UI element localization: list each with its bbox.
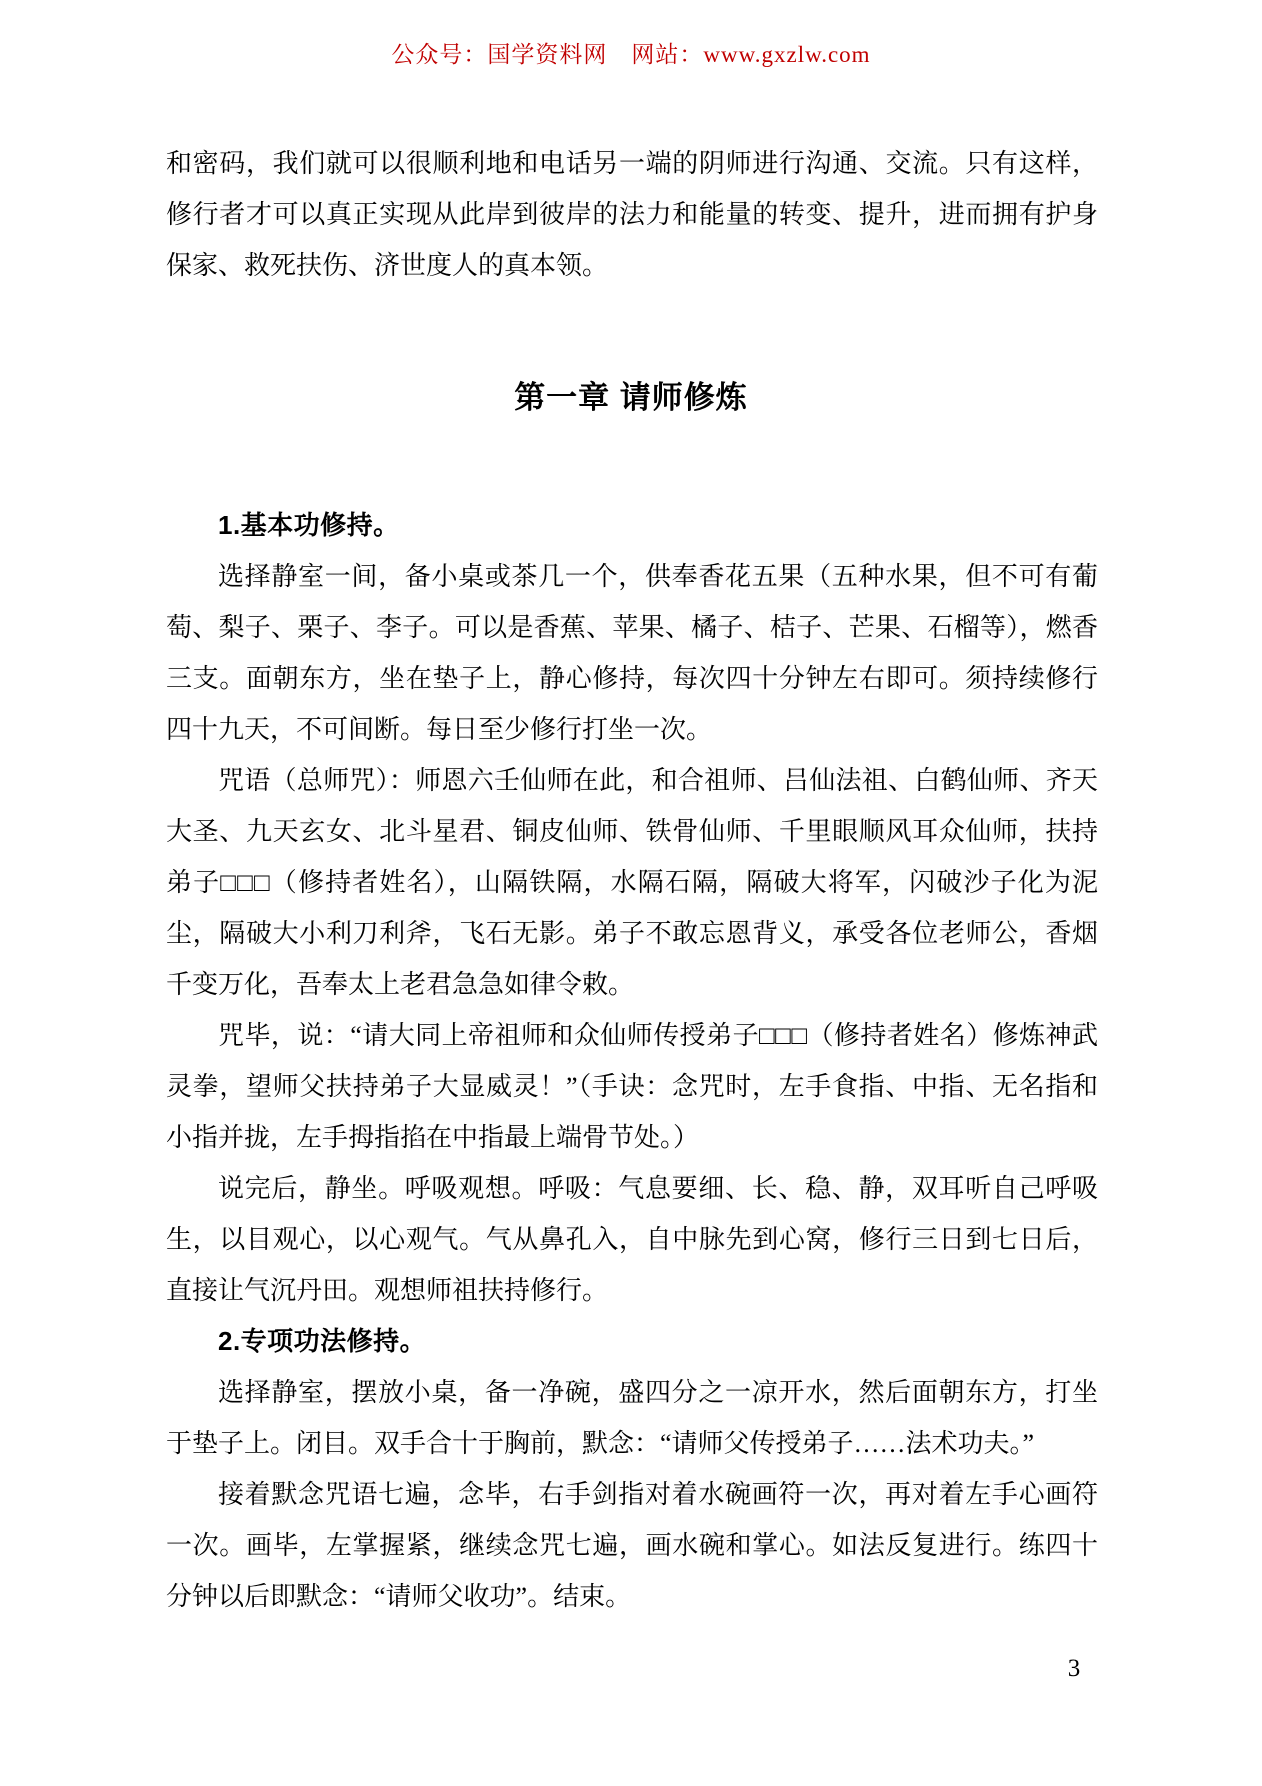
- section-1-paragraph-2: 咒语（总师咒）：师恩六壬仙师在此，和合祖师、吕仙法祖、白鹤仙师、齐天大圣、九天玄…: [166, 755, 1098, 1010]
- section-2-paragraph-1: 选择静室，摆放小桌，备一净碗，盛四分之一凉开水，然后面朝东方，打坐于垫子上。闭目…: [166, 1367, 1098, 1469]
- section-2-paragraph-2: 接着默念咒语七遍，念毕，右手剑指对着水碗画符一次，再对着左手心画符一次。画毕，左…: [166, 1469, 1098, 1622]
- chapter-body: 1.基本功修持。 选择静室一间，备小桌或茶几一个，供奉香花五果（五种水果，但不可…: [166, 500, 1098, 1622]
- page-number: 3: [1050, 1655, 1098, 1683]
- intro-paragraph: 和密码，我们就可以很顺利地和电话另一端的阴师进行沟通、交流。只有这样，修行者才可…: [166, 138, 1098, 291]
- chapter-title: 第一章 请师修炼: [0, 372, 1262, 417]
- page-header-watermark: 公众号：国学资料网 网站：www.gxzlw.com: [0, 36, 1262, 69]
- section-1-paragraph-4: 说完后，静坐。呼吸观想。呼吸：气息要细、长、稳、静，双耳听自己呼吸生，以目观心，…: [166, 1163, 1098, 1316]
- section-1-heading: 1.基本功修持。: [166, 500, 1098, 551]
- section-1-paragraph-3: 咒毕，说：“请大同上帝祖师和众仙师传授弟子□□□（修持者姓名）修炼神武灵拳，望师…: [166, 1010, 1098, 1163]
- section-1-paragraph-1: 选择静室一间，备小桌或茶几一个，供奉香花五果（五种水果，但不可有葡萄、梨子、栗子…: [166, 551, 1098, 755]
- section-2-heading: 2.专项功法修持。: [166, 1316, 1098, 1367]
